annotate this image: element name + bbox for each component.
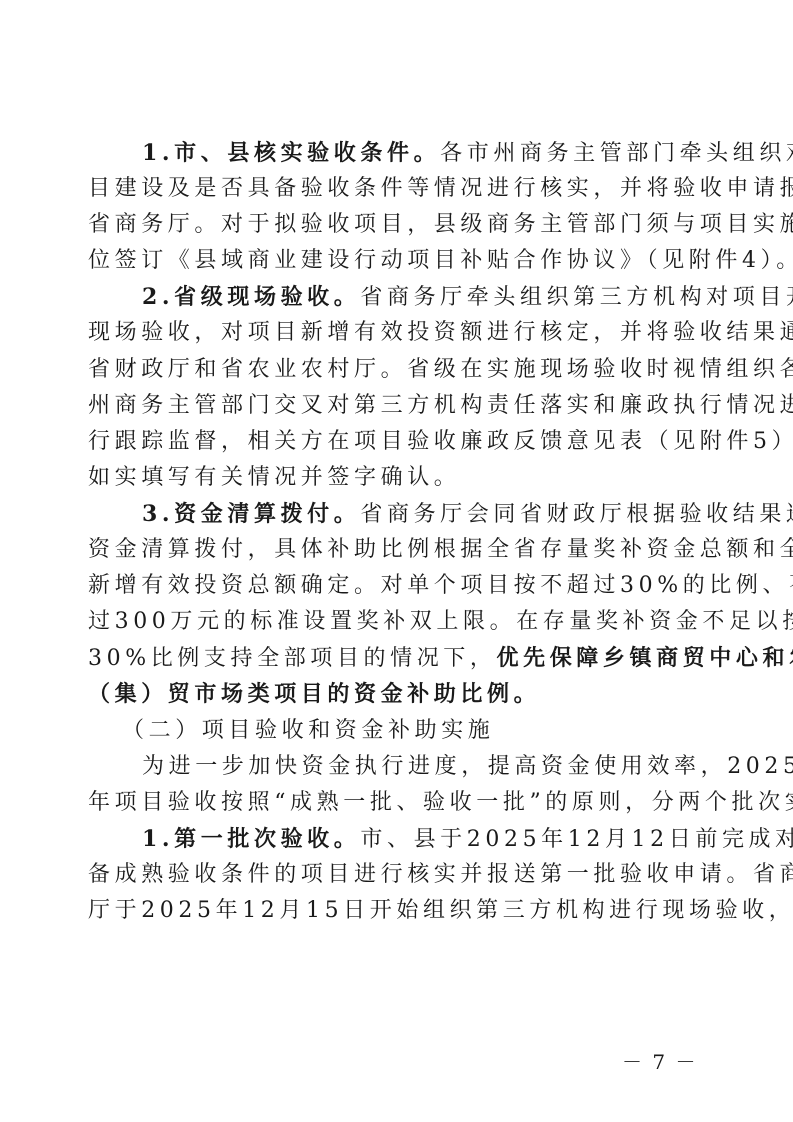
text-run: 30%比例支持全部项目的情况下， xyxy=(88,646,497,671)
text-line: （集）贸市场类项目的资金补助比例。 xyxy=(88,676,668,712)
text-line: 省财政厅和省农业农村厅。省级在实施现场验收时视情组织各市 xyxy=(88,352,668,388)
text-line: 30%比例支持全部项目的情况下，优先保障乡镇商贸中心和农 xyxy=(88,640,668,676)
text-line: 行跟踪监督，相关方在项目验收廉政反馈意见表（见附件5）上 xyxy=(88,424,668,460)
text-line: 过300万元的标准设置奖补双上限。在存量奖补资金不足以按 xyxy=(88,604,668,640)
text-line: 现场验收，对项目新增有效投资额进行核定，并将验收结果通报 xyxy=(88,315,668,351)
text-run: 省商务厅会同省财政厅根据验收结果进行 xyxy=(360,502,793,527)
text-line: 1.市、县核实验收条件。各市州商务主管部门牵头组织对项 xyxy=(88,135,668,171)
document-body: 1.市、县核实验收条件。各市州商务主管部门牵头组织对项 目建设及是否具备验收条件… xyxy=(88,135,668,929)
text-run: 省商务厅牵头组织第三方机构对项目开展 xyxy=(360,285,793,310)
emphasis-text: 优先保障乡镇商贸中心和农 xyxy=(497,645,793,671)
text-run: 市、县于2025年12月12日前完成对具 xyxy=(360,827,793,852)
item-heading: 1.第一批次验收。 xyxy=(142,826,360,852)
paragraph-provincial-onsite-acceptance: 2.省级现场验收。省商务厅牵头组织第三方机构对项目开展 现场验收，对项目新增有效… xyxy=(88,279,668,496)
item-heading: 3.资金清算拨付。 xyxy=(142,501,360,527)
text-line: 省商务厅。对于拟验收项目，县级商务主管部门须与项目实施单 xyxy=(88,207,668,243)
page-number: － 7 － xyxy=(622,1046,697,1075)
document-page: 1.市、县核实验收条件。各市州商务主管部门牵头组织对项 目建设及是否具备验收条件… xyxy=(0,0,793,1122)
text-line: 年项目验收按照“成熟一批、验收一批”的原则，分两个批次实施。 xyxy=(88,785,668,821)
item-heading: 2.省级现场验收。 xyxy=(142,284,360,310)
text-line: 州商务主管部门交叉对第三方机构责任落实和廉政执行情况进 xyxy=(88,388,668,424)
text-line: 为进一步加快资金执行进度，提高资金使用效率，2025-2026 xyxy=(88,749,668,785)
text-line: 3.资金清算拨付。省商务厅会同省财政厅根据验收结果进行 xyxy=(88,496,668,532)
text-line: 厅于2025年12月15日开始组织第三方机构进行现场验收，并 xyxy=(88,893,668,929)
text-line: 备成熟验收条件的项目进行核实并报送第一批验收申请。省商务 xyxy=(88,857,668,893)
paragraph-batch-principle: 为进一步加快资金执行进度，提高资金使用效率，2025-2026 年项目验收按照“… xyxy=(88,749,668,821)
text-line: 2.省级现场验收。省商务厅牵头组织第三方机构对项目开展 xyxy=(88,279,668,315)
emphasis-text: （集）贸市场类项目的资金补助比例。 xyxy=(88,681,540,707)
text-line: 位签订《县域商业建设行动项目补贴合作协议》（见附件4）。 xyxy=(88,243,668,279)
text-line: 资金清算拨付，具体补助比例根据全省存量奖补资金总额和全省 xyxy=(88,532,668,568)
item-heading: 1.市、县核实验收条件。 xyxy=(142,140,440,166)
text-line: 1.第一批次验收。市、县于2025年12月12日前完成对具 xyxy=(88,821,668,857)
text-line: 新增有效投资总额确定。对单个项目按不超过30%的比例、不超 xyxy=(88,568,668,604)
paragraph-fund-settlement: 3.资金清算拨付。省商务厅会同省财政厅根据验收结果进行 资金清算拨付，具体补助比… xyxy=(88,496,668,713)
text-line: 目建设及是否具备验收条件等情况进行核实，并将验收申请报送 xyxy=(88,171,668,207)
section-heading: （二）项目验收和资金补助实施 xyxy=(88,713,668,749)
text-run: 各市州商务主管部门牵头组织对项 xyxy=(440,141,793,166)
text-line: 如实填写有关情况并签字确认。 xyxy=(88,460,668,496)
paragraph-first-batch: 1.第一批次验收。市、县于2025年12月12日前完成对具 备成熟验收条件的项目… xyxy=(88,821,668,929)
paragraph-city-county-verification: 1.市、县核实验收条件。各市州商务主管部门牵头组织对项 目建设及是否具备验收条件… xyxy=(88,135,668,279)
